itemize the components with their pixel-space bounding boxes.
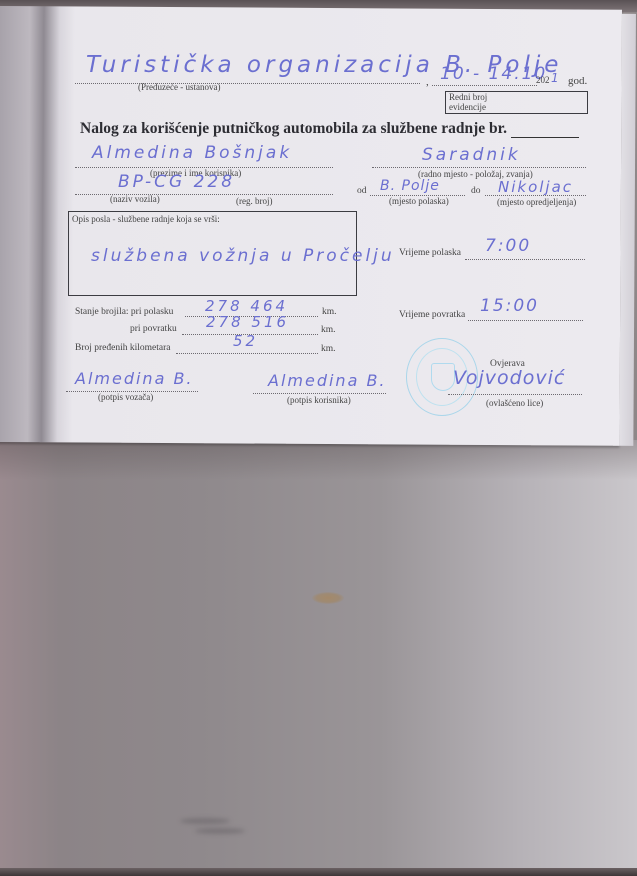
- odometer-start-unit: km.: [322, 307, 337, 317]
- vehicle-value: BP-CG 228: [118, 172, 235, 192]
- job-description-box[interactable]: Opis posla - službene radnje koja se vrš…: [68, 211, 357, 296]
- order-number-line[interactable]: [511, 136, 579, 138]
- paper-smudge: [180, 818, 230, 824]
- distance-unit: km.: [321, 344, 336, 354]
- organization-line: [75, 82, 420, 84]
- year-suffix: god.: [568, 75, 587, 87]
- user-name-value: Almedina Bošnjak: [92, 143, 292, 163]
- odometer-return-label: pri povratku: [130, 324, 177, 334]
- user-signature: Almedina B.: [268, 371, 387, 390]
- form-title: Nalog za korišćenje putničkog automobila…: [80, 120, 507, 138]
- distance-line: [176, 352, 318, 354]
- date-value: 10 - 14.10: [440, 64, 547, 84]
- odometer-start-label: Stanje brojila: pri polasku: [75, 307, 173, 317]
- job-description-label: Opis posla - službene radnje koja se vrš…: [72, 214, 220, 224]
- travel-order-form: Turistička organizacija B. Polje (Preduz…: [0, 0, 637, 440]
- stamp-shield-icon: [431, 363, 455, 391]
- authorized-signature: Vojvodović: [453, 367, 565, 389]
- record-number-box[interactable]: Redni broj evidencije: [445, 91, 588, 114]
- departure-time-line: [465, 258, 585, 260]
- driver-signature-label: (potpis vozača): [98, 392, 153, 402]
- route-from-value: B. Polje: [380, 178, 440, 194]
- paper-stain: [312, 592, 344, 604]
- user-signature-line: [253, 392, 386, 394]
- position-line: [372, 166, 586, 168]
- departure-time-value: 7:00: [485, 236, 531, 256]
- route-to-value: Nikoljac: [498, 178, 573, 196]
- authorized-signature-label: (ovlašćeno lice): [486, 398, 543, 408]
- route-to-prefix: do: [471, 186, 481, 196]
- route-to-label: (mjesto opredjeljenja): [497, 197, 576, 207]
- record-number-label-1: Redni broj: [449, 92, 487, 102]
- scan-bottom-edge: [0, 868, 637, 876]
- odometer-return-value: 278 516: [206, 313, 289, 331]
- lower-blank-page: [0, 440, 637, 876]
- position-value: Saradnik: [422, 145, 521, 165]
- return-time-value: 15:00: [480, 296, 539, 316]
- return-time-label: Vrijeme povratka: [399, 310, 465, 320]
- authorized-signature-line: [448, 393, 582, 395]
- return-time-line: [468, 319, 583, 321]
- driver-signature: Almedina B.: [75, 369, 194, 388]
- date-line: [432, 84, 537, 86]
- page-fold-shadow: [0, 440, 637, 480]
- reg-number-label: (reg. broj): [236, 196, 272, 206]
- year-printed: 202: [536, 75, 550, 85]
- year-handwritten: 1: [551, 71, 559, 85]
- record-number-label-2: evidencije: [449, 102, 486, 112]
- distance-label: Broj pređenih kilometara: [75, 343, 171, 353]
- paper-smudge: [195, 828, 245, 834]
- odometer-return-unit: km.: [321, 325, 336, 335]
- user-signature-label: (potpis korisnika): [287, 395, 351, 405]
- route-from-prefix: od: [357, 186, 367, 196]
- job-description-value: službena vožnja u Pročelju: [91, 246, 395, 266]
- route-from-label: (mjesto polaska): [389, 196, 449, 206]
- vehicle-label: (naziv vozila): [110, 194, 160, 204]
- departure-time-label: Vrijeme polaska: [399, 248, 461, 258]
- distance-value: 52: [233, 332, 258, 350]
- organization-label: (Preduzeće - ustanova): [138, 82, 220, 92]
